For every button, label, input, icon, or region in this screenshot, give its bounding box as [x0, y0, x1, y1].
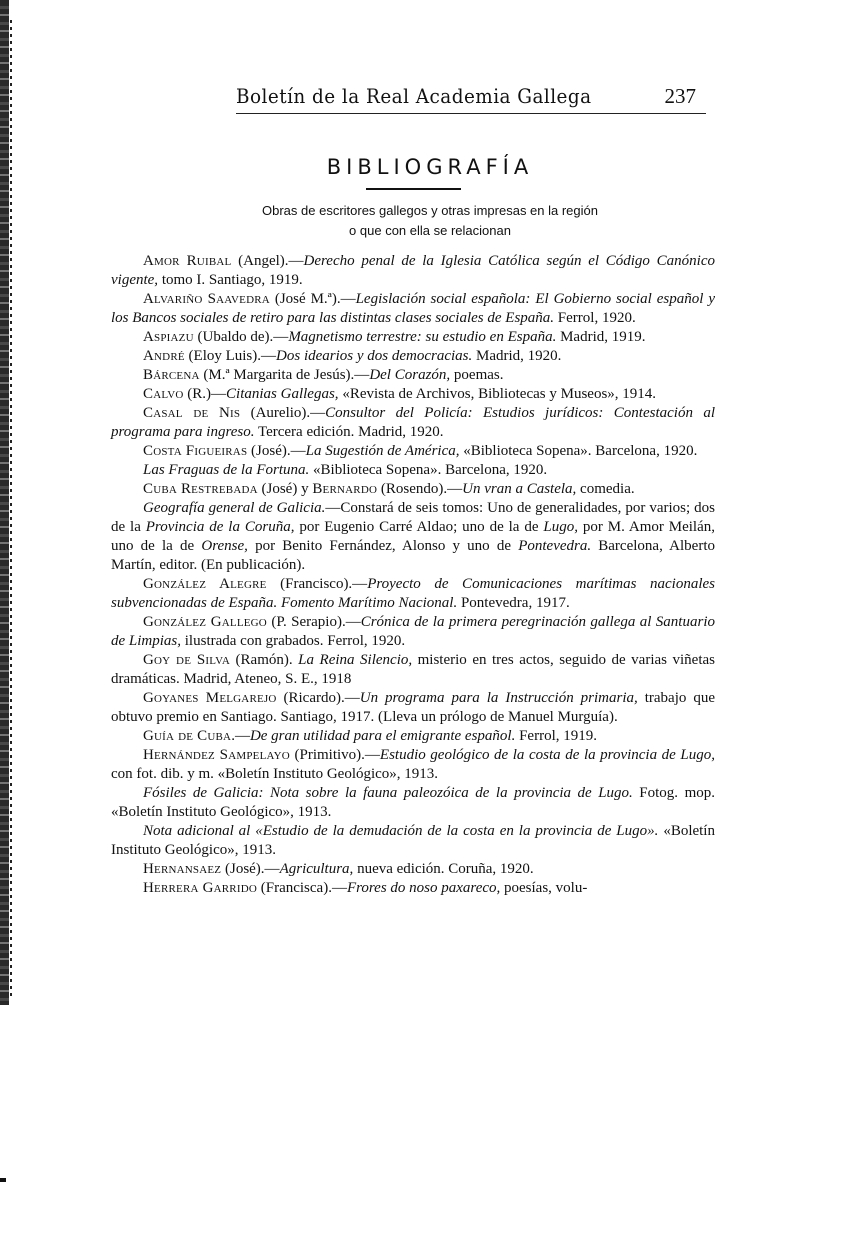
entry-author-given: (Francisca).— [257, 880, 347, 896]
bibliography-entry: André (Eloy Luis).—Dos idearios y dos de… [111, 347, 715, 366]
bibliography-entry: González Gallego (P. Serapio).—Crónica d… [111, 613, 715, 651]
bibliography-entry: Costa Figueiras (José).—La Sugestión de … [111, 442, 715, 461]
entry-details: comedia. [576, 481, 634, 497]
entry-details: poesías, volu- [500, 880, 587, 896]
journal-title: Boletín de la Real Academia Gallega [236, 84, 592, 108]
entry-details: «Revista de Archivos, Bibliotecas y Muse… [339, 386, 656, 402]
entry-author: González Alegre [143, 576, 267, 592]
bibliography-entry: Fósiles de Galicia: Nota sobre la fauna … [111, 784, 715, 822]
entry-author: Calvo [143, 386, 184, 402]
bibliography-entry: Cuba Restrebada (José) y Bernardo (Rosen… [111, 480, 715, 499]
entry-title: Un programa para la Instrucción primaria… [360, 690, 638, 706]
entry-details-part: por Eugenio Carré Aldao; uno de la de [294, 519, 543, 535]
entry-details: «Biblioteca Sopena». Barcelona, 1920. [459, 443, 697, 459]
entry-title: Nota adicional al «Estudio de la demudac… [143, 823, 658, 839]
section-title: BIBLIOGRAFÍA [0, 155, 850, 179]
entry-author-given: (Ricardo).— [277, 690, 360, 706]
section-subtitle-line2: o que con ella se relacionan [0, 223, 850, 238]
entry-author-given: (M.ª Margarita de Jesús).— [200, 367, 370, 383]
entry-author: González Gallego [143, 614, 267, 630]
running-head: Boletín de la Real Academia Gallega 237 [236, 84, 696, 110]
bibliography-entry: Calvo (R.)—Citanias Gallegas, «Revista d… [111, 385, 715, 404]
bibliography-entry: Alvariño Saavedra (José M.ª).—Legislació… [111, 290, 715, 328]
bibliography-entry: Aspiazu (Ubaldo de).—Magnetismo terrestr… [111, 328, 715, 347]
entry-title-part: Pontevedra. [518, 538, 591, 554]
entry-author-given: (Francisco).— [267, 576, 368, 592]
entry-details: Madrid, 1919. [556, 329, 645, 345]
entry-author-given: (José).— [221, 861, 279, 877]
entry-details: poemas. [450, 367, 503, 383]
entry-title: Agricultura, [280, 861, 354, 877]
bibliography-entry: Amor Ruibal (Angel).—Derecho penal de la… [111, 252, 715, 290]
bibliography-entry: Las Fraguas de la Fortuna. «Biblioteca S… [111, 461, 715, 480]
entry-author-given: (Ramón). [230, 652, 298, 668]
entry-author: Casal de Nis [143, 405, 240, 421]
entry-title: Un vran a Castela, [462, 481, 576, 497]
entry-details: Tercera edición. Madrid, 1920. [254, 424, 443, 440]
entry-title: Frores do noso paxareco, [347, 880, 500, 896]
entry-author: Costa Figueiras [143, 443, 247, 459]
entry-author-given: (José).— [247, 443, 305, 459]
entry-details: con fot. dib. y m. «Boletín Instituto Ge… [111, 766, 438, 782]
entry-title: Estudio geológico de la costa de la prov… [380, 747, 715, 763]
header-rule [236, 113, 706, 114]
entry-author-given: (Aurelio).— [240, 405, 325, 421]
entry-details: ilustrada con grabados. Ferrol, 1920. [181, 633, 405, 649]
entry-author: Alvariño Saavedra [143, 291, 270, 307]
entry-title: Las Fraguas de la Fortuna. [143, 462, 309, 478]
entry-details: tomo I. Santiago, 1919. [158, 272, 303, 288]
entry-title: Fósiles de Galicia: Nota sobre la fauna … [143, 785, 633, 801]
entry-title-part: Provincia de la Coruña, [146, 519, 295, 535]
section-subtitle-line1: Obras de escritores gallegos y otras imp… [0, 203, 850, 218]
entry-author-given: (José) y [258, 481, 313, 497]
bibliography-entry: Goy de Silva (Ramón). La Reina Silencio,… [111, 651, 715, 689]
entry-title: Citanias Gallegas, [226, 386, 339, 402]
entry-author: Bárcena [143, 367, 200, 383]
entry-title: Dos idearios y dos democracias. [276, 348, 472, 364]
entry-details: «Biblioteca Sopena». Barcelona, 1920. [309, 462, 547, 478]
entry-author: Amor Ruibal [143, 253, 231, 269]
entry-author: Goyanes Melgarejo [143, 690, 277, 706]
entry-author: Hernández Sampelayo [143, 747, 290, 763]
entry-details: Ferrol, 1920. [554, 310, 636, 326]
bibliography-entry: Hernández Sampelayo (Primitivo).—Estudio… [111, 746, 715, 784]
bibliography-entry: Herrera Garrido (Francisca).—Frores do n… [111, 879, 715, 898]
entry-title: Magnetismo terrestre: su estudio en Espa… [288, 329, 556, 345]
entry-author-given: (Eloy Luis).— [185, 348, 276, 364]
page-number: 237 [665, 84, 697, 109]
entry-author-given: (Angel).— [231, 253, 303, 269]
entry-details: Pontevedra, 1917. [457, 595, 569, 611]
bibliography-list: Amor Ruibal (Angel).—Derecho penal de la… [111, 252, 715, 898]
entry-title: La Sugestión de América, [306, 443, 460, 459]
entry-author-given: (Primitivo).— [290, 747, 380, 763]
entry-author: Guía de Cuba [143, 728, 231, 744]
bibliography-entry: Goyanes Melgarejo (Ricardo).—Un programa… [111, 689, 715, 727]
entry-title-part: Orense, [201, 538, 248, 554]
entry-coauthor-given: (Rosendo).— [377, 481, 462, 497]
entry-author: Hernansaez [143, 861, 221, 877]
entry-author-given: (P. Serapio).— [267, 614, 361, 630]
entry-author: Goy de Silva [143, 652, 230, 668]
entry-author: André [143, 348, 185, 364]
entry-details: Madrid, 1920. [472, 348, 561, 364]
entry-author-given: (José M.ª).— [270, 291, 356, 307]
bibliography-entry: Nota adicional al «Estudio de la demudac… [111, 822, 715, 860]
entry-author: Aspiazu [143, 329, 194, 345]
bibliography-entry: González Alegre (Francisco).—Proyecto de… [111, 575, 715, 613]
entry-author-given: (R.)— [184, 386, 227, 402]
bibliography-entry: Guía de Cuba.—De gran utilidad para el e… [111, 727, 715, 746]
bibliography-entry: Hernansaez (José).—Agricultura, nueva ed… [111, 860, 715, 879]
entry-coauthor: Bernardo [312, 481, 377, 497]
entry-details: Ferrol, 1919. [515, 728, 597, 744]
scan-binding-edge [0, 0, 9, 1005]
entry-author-given: .— [231, 728, 250, 744]
entry-title: Del Corazón, [369, 367, 450, 383]
entry-details: nueva edición. Coruña, 1920. [353, 861, 533, 877]
bibliography-entry: Casal de Nis (Aurelio).—Consultor del Po… [111, 404, 715, 442]
entry-title-part: Lugo, [543, 519, 578, 535]
entry-title: Geografía general de Galicia. [143, 500, 325, 516]
title-rule [366, 188, 461, 190]
bibliography-entry: Bárcena (M.ª Margarita de Jesús).—Del Co… [111, 366, 715, 385]
scan-edge-mark [0, 1178, 6, 1182]
entry-author-given: (Ubaldo de).— [194, 329, 289, 345]
entry-author: Herrera Garrido [143, 880, 257, 896]
entry-details-part: por Benito Fernández, Alonso y uno de [248, 538, 518, 554]
entry-author: Cuba Restrebada [143, 481, 258, 497]
bibliography-entry: Geografía general de Galicia.—Constará d… [111, 499, 715, 575]
entry-title: De gran utilidad para el emigrante españ… [250, 728, 515, 744]
entry-title: La Reina Silencio, [298, 652, 412, 668]
